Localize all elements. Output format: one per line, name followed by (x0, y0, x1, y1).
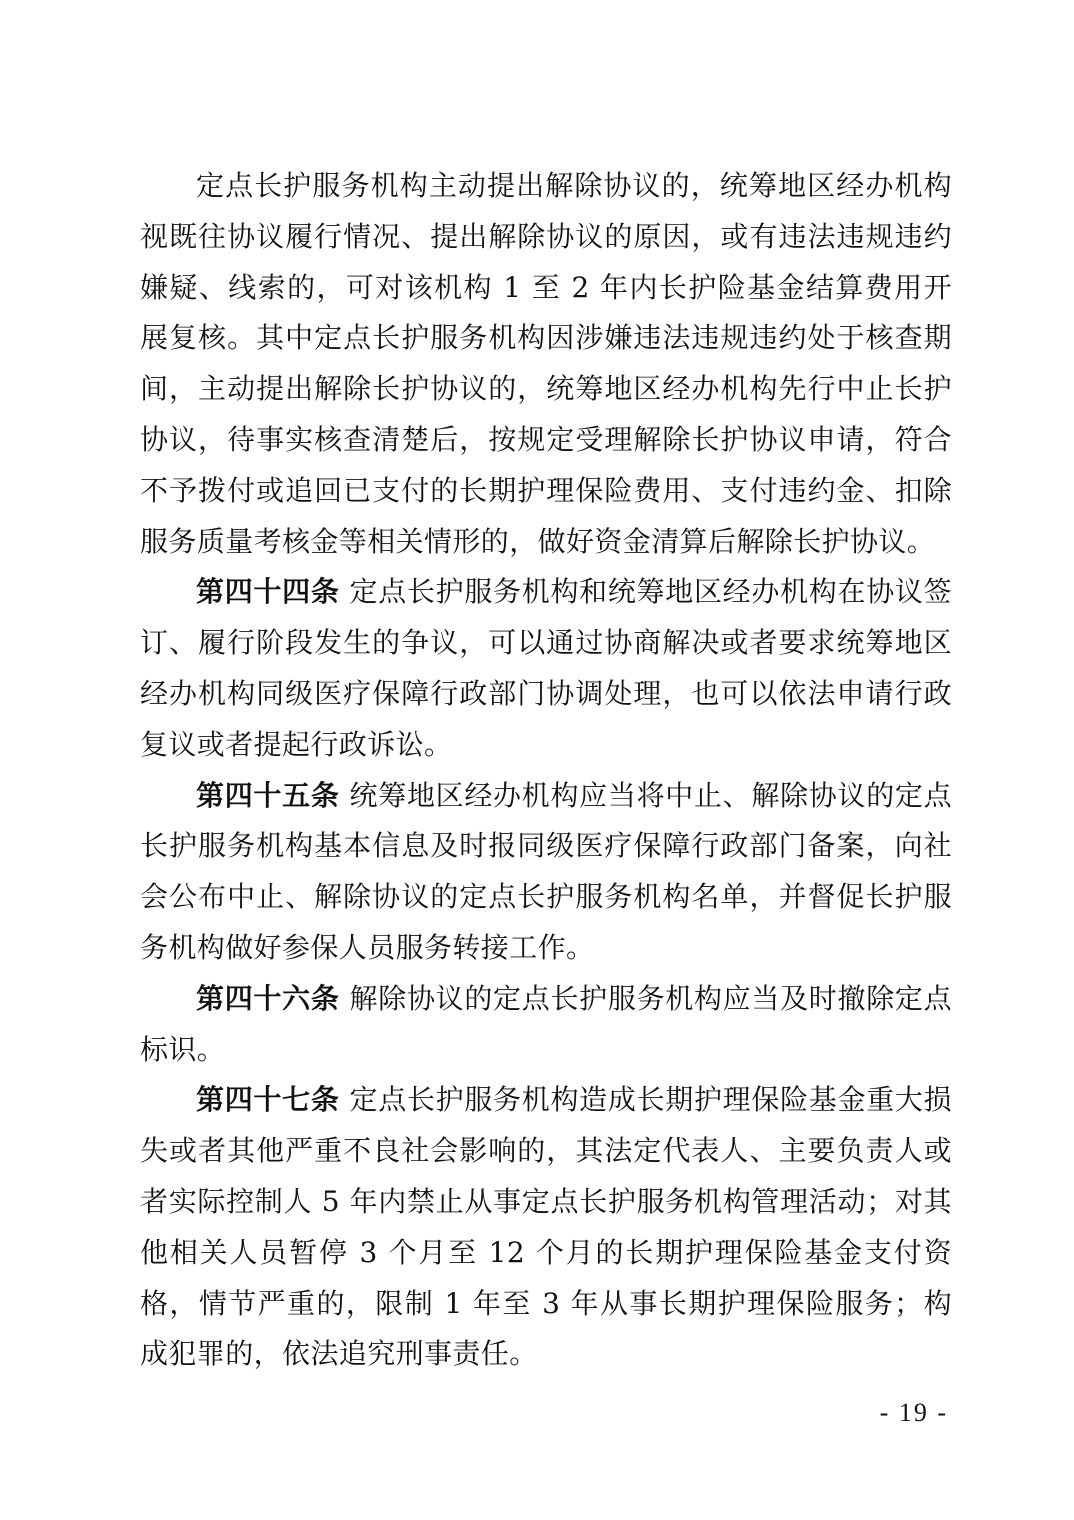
article-text: 定点长护服务机构造成长期护理保险基金重大损失或者其他严重不良社会影响的，其法定代… (140, 1083, 952, 1370)
article-heading: 第四十四条 (196, 575, 340, 608)
article-heading: 第四十七条 (196, 1083, 340, 1116)
article-44: 第四十四条定点长护服务机构和统筹地区经办机构在协议签订、履行阶段发生的争议，可以… (140, 567, 952, 770)
article-heading: 第四十六条 (196, 982, 340, 1015)
page-number: - 19 - (880, 1398, 948, 1428)
article-45: 第四十五条统筹地区经办机构应当将中止、解除协议的定点长护服务机构基本信息及时报同… (140, 771, 952, 974)
paragraph-contract-termination-review: 定点长护服务机构主动提出解除协议的，统筹地区经办机构视既往协议履行情况、提出解除… (140, 161, 952, 567)
paragraph-text: 定点长护服务机构主动提出解除协议的，统筹地区经办机构视既往协议履行情况、提出解除… (140, 169, 952, 558)
article-heading: 第四十五条 (196, 779, 340, 812)
document-body: 定点长护服务机构主动提出解除协议的，统筹地区经办机构视既往协议履行情况、提出解除… (140, 161, 952, 1380)
article-47: 第四十七条定点长护服务机构造成长期护理保险基金重大损失或者其他严重不良社会影响的… (140, 1075, 952, 1380)
article-46: 第四十六条解除协议的定点长护服务机构应当及时撤除定点标识。 (140, 974, 952, 1076)
